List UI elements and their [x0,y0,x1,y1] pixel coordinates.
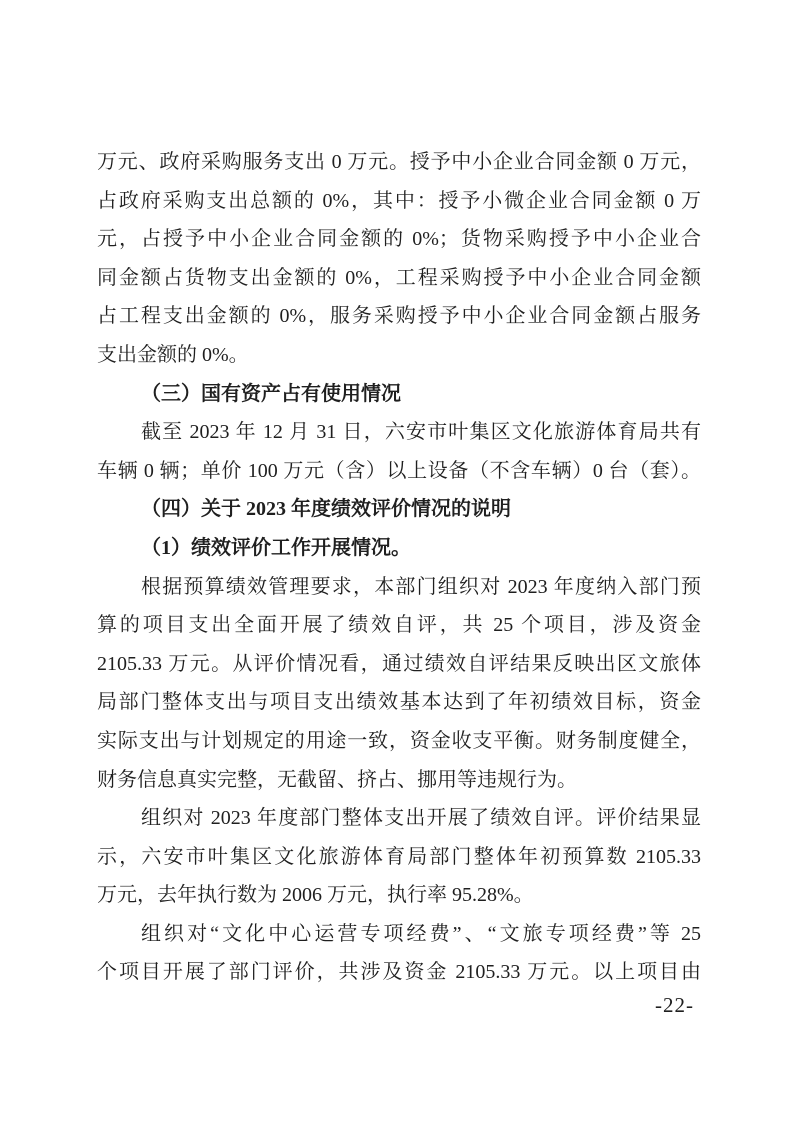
section-heading-line: （1）绩效评价工作开展情况。 [97,529,701,568]
paragraph-line: 组织对“文化中心运营专项经费”、“文旅专项经费”等 25 [97,915,701,954]
paragraph-line: 组织对 2023 年度部门整体支出开展了绩效自评。评价结果显 [97,799,701,838]
paragraph-line: 占工程支出金额的 0%，服务采购授予中小企业合同金额占服务 [97,297,701,336]
document-page: 万元、政府采购服务支出 0 万元。授予中小企业合同金额 0 万元，占政府采购支出… [0,0,793,1122]
paragraph-line: 局部门整体支出与项目支出绩效基本达到了年初绩效目标，资金 [97,683,701,722]
paragraph-line: 支出金额的 0%。 [97,336,701,375]
paragraph-line: 万元、政府采购服务支出 0 万元。授予中小企业合同金额 0 万元， [97,143,701,182]
paragraph-line: 同金额占货物支出金额的 0%，工程采购授予中小企业合同金额 [97,259,701,298]
paragraph-line: 示，六安市叶集区文化旅游体育局部门整体年初预算数 2105.33 [97,838,701,877]
paragraph-line: 元，占授予中小企业合同金额的 0%；货物采购授予中小企业合 [97,220,701,259]
section-heading-line: （四）关于 2023 年度绩效评价情况的说明 [97,490,701,529]
paragraph-line: 实际支出与计划规定的用途一致，资金收支平衡。财务制度健全， [97,722,701,761]
paragraph-line: 财务信息真实完整，无截留、挤占、挪用等违规行为。 [97,761,701,800]
paragraph-line: 万元，去年执行数为 2006 万元，执行率 95.28%。 [97,876,701,915]
page-number: -22- [655,993,694,1018]
paragraph-line: 个项目开展了部门评价，共涉及资金 2105.33 万元。以上项目由 [97,953,701,992]
paragraph-line: 占政府采购支出总额的 0%，其中：授予小微企业合同金额 0 万 [97,182,701,221]
paragraph-line: 车辆 0 辆；单价 100 万元（含）以上设备（不含车辆）0 台（套）。 [97,452,701,491]
paragraph-line: 根据预算绩效管理要求，本部门组织对 2023 年度纳入部门预 [97,568,701,607]
paragraph-line: 2105.33 万元。从评价情况看，通过绩效自评结果反映出区文旅体 [97,645,701,684]
section-heading-line: （三）国有资产占有使用情况 [97,375,701,414]
document-body: 万元、政府采购服务支出 0 万元。授予中小企业合同金额 0 万元，占政府采购支出… [97,143,701,992]
paragraph-line: 算的项目支出全面开展了绩效自评，共 25 个项目，涉及资金 [97,606,701,645]
paragraph-line: 截至 2023 年 12 月 31 日，六安市叶集区文化旅游体育局共有 [97,413,701,452]
